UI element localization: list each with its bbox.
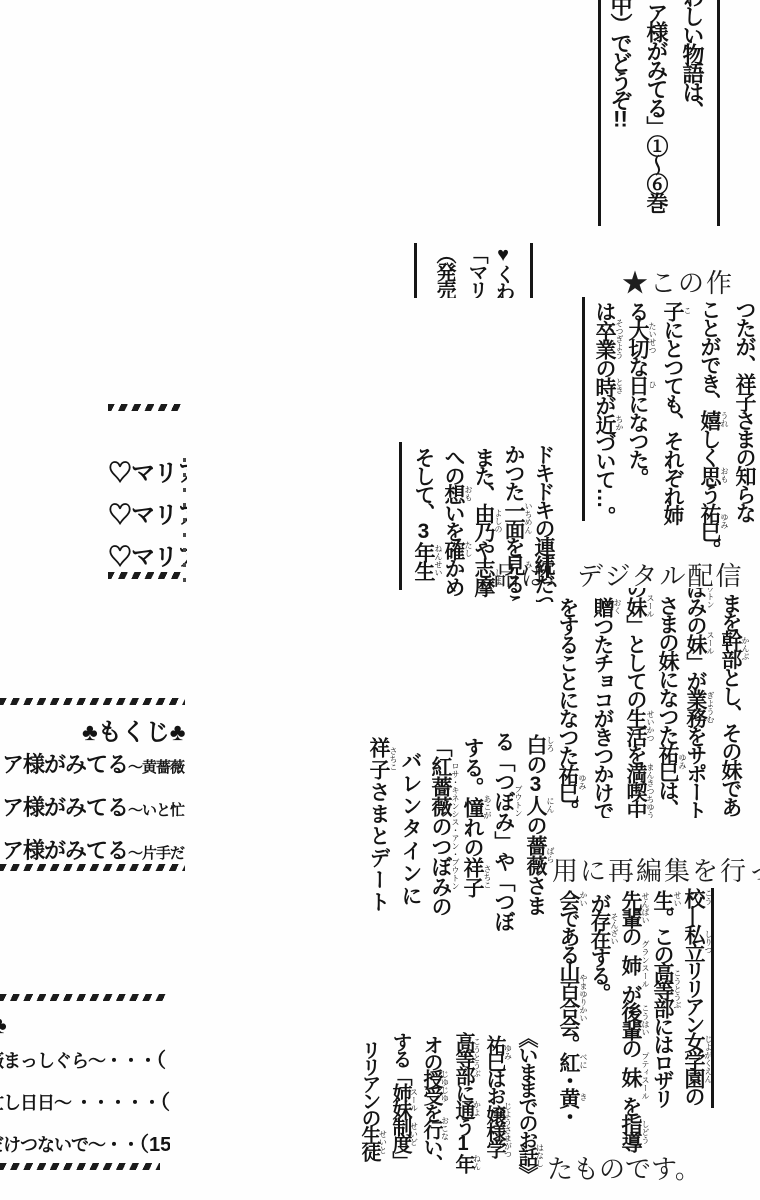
toc-entry: ア様がみてる〜片手だ [2, 834, 184, 865]
zigzag-border [108, 404, 184, 411]
toc-entry-tail: 薇まっしぐら〜・・・ [0, 1051, 156, 1071]
synopsis-column: 白しろの3人にんの薔薇ばらさま [525, 734, 555, 915]
toc-entry-tail: 忙し日日〜 ・・・・・ [0, 1093, 160, 1113]
ad-box-fragment: ♥くわ 「マリ （発売 [408, 240, 548, 298]
synopsis-block: ドキドキの連続だつ かつた一面いちめんを見みるこ また、由乃よしのや志摩しま へ… [385, 440, 560, 602]
synopsis-column: ドキドキの連続だつ [533, 444, 554, 602]
toc-entry-subtitle: 〜黄薔薇 [128, 759, 184, 776]
synopsis-column: る「つぼみブウトン」や「つぼ [493, 731, 523, 931]
zigzag-border [108, 572, 184, 579]
synopsis-column: が存在そんざいする。 [589, 893, 619, 1001]
toc-heading: ♣もくじ♣ [82, 712, 186, 747]
synopsis-column: 子こにとつても、それぞれ姉 [662, 301, 692, 523]
zigzag-border [0, 698, 185, 705]
clover-icon: ♣ [0, 1012, 7, 1040]
column-rule [582, 297, 585, 521]
synopsis-column: 校こう―私立しりつリリアン女学園じよがくえんの [683, 888, 713, 1104]
synopsis-column: また、由乃よしのや志摩しま [473, 447, 503, 595]
toc-page-number: （ 3 ） [156, 1050, 170, 1072]
column-rule [399, 442, 402, 590]
synopsis-column: 先輩せんぱいの姉グランスールが後輩こうはいの妹プティスールを指導しどう [620, 890, 650, 1150]
synopsis-column: そして、3年生ねんせい [413, 447, 443, 579]
synopsis-block: 白しろの3人にんの薔薇ばらさま る「つぼみブウトン」や「つぼ する。憧あこがれの… [360, 726, 560, 938]
series-entry: ♡マリア様がみてる [108, 453, 187, 488]
toc-entry-title: ア様がみてる [2, 795, 128, 820]
series-entry: ♡マリア様がみてる [108, 537, 187, 572]
zigzag-border [0, 994, 166, 1001]
synopsis-column: 祥子さちこさまとデート [368, 737, 398, 913]
synopsis-column: つたが、祥子さまの知らな [734, 299, 755, 521]
ad-box-left-border [414, 243, 417, 298]
boundary-artifact [546, 556, 549, 578]
ad-column: 「マリ [466, 244, 486, 298]
synopsis-column: への想おもいを確たしかめ [443, 447, 473, 595]
synopsis-column: 《いままでのお話はなし》 [516, 1028, 544, 1181]
synopsis-column: かつた一面いちめんを見みるこ [503, 444, 533, 602]
synopsis-column: をすることになつた祐巳ゆみ。 [557, 597, 587, 818]
synopsis-column: リリアンの生徒せいと [359, 1040, 387, 1159]
footnote-fragment: ★この作 [622, 263, 734, 300]
toc-page-entry: 忙し日日〜 ・・・・・（105） [0, 1086, 170, 1115]
synopsis-column: する。憧あこがれの祥子さちこ [462, 737, 492, 897]
toc-page-entry: 薇まっしぐら〜・・・（ 3 ） [0, 1044, 170, 1073]
zigzag-border [0, 864, 185, 871]
ad-box-left-border [598, 0, 601, 226]
ad-box-right-border [717, 0, 720, 226]
ad-column: （発売 [434, 244, 454, 298]
toc-box-left: ♣ 薇まっしぐら〜・・・（ 3 ） 忙し日日〜 ・・・・・（105） だけつない… [0, 990, 170, 1176]
series-entry: ♡マリア様がみてる [108, 495, 187, 530]
footnote-fragment: 用に再編集を行った [552, 851, 760, 888]
synopsis-column: 贈おくつたチョコがきつかけで [592, 597, 622, 818]
ad-box-right-border [530, 243, 533, 298]
synopsis-column: ぼみウトンの妹スール」が業務ぎようむをサポート [685, 588, 715, 818]
toc-entry: ア様がみてる〜いと忙 [2, 791, 184, 822]
synopsis-column: は卒業そつぎようの時ときが近ちかづいて…。 [594, 301, 624, 525]
series-list-box: ♡マリア様がみてる ♡マリア様がみてる ♡マリア様がみてる [106, 398, 187, 583]
ad-column: ア様がみてる」①〜⑥巻 [645, 2, 667, 211]
ad-column: ♥くわ [493, 244, 513, 298]
manga-page: わしい物語は、 ア様がみてる」①〜⑥巻 中）でどうぞ!! ♥くわ 「マリ （発売… [0, 0, 760, 1200]
synopsis-column: ことができ、嬉うれしく思おもう祐巳ゆみ。 [699, 299, 729, 558]
ad-column: わしい物語は、 [681, 0, 703, 119]
toc-entry-subtitle: 〜片手だ [128, 845, 184, 862]
synopsis-column: る大切たいせつな日ひになつた。 [627, 301, 657, 486]
toc-entry-tail: だけつないで〜・・ [0, 1135, 139, 1155]
synopsis-column: バレンタインに [400, 750, 421, 908]
boundary-artifact [183, 458, 186, 586]
toc-entry-title: ア様がみてる [2, 752, 128, 777]
synopsis-block: まを幹部かんぶとし、その妹であ ぼみウトンの妹スール」が業務ぎようむをサポート … [540, 588, 760, 818]
toc-entry-subtitle: 〜いと忙 [128, 802, 184, 819]
synopsis-column: 「紅薔薇のつぼみロサ・キネンシス・アン・ブウトンの [430, 736, 460, 916]
toc-entry: ア様がみてる〜黄薔薇 [2, 748, 184, 779]
toc-page-number: （157） [139, 1134, 170, 1156]
zigzag-border [0, 1163, 160, 1170]
synopsis-column: の妹スール」としての生活せいかつを満喫中まんきつちゆう。 [625, 588, 655, 818]
footnote-fragment: たものです。 [547, 1149, 701, 1186]
synopsis-column: さまの妹になつた祐巳ゆみは、 [657, 595, 687, 817]
ad-column: 中）でどうぞ!! [609, 0, 631, 130]
synopsis-column: 会かいである山百合会やまゆりかい。紅べに・黄き・ [558, 890, 588, 1124]
synopsis-column: まを幹部かんぶとし、その妹であ [720, 593, 750, 815]
synopsis-column: 生せい。この高等部こうとうぶにはロザリ [652, 890, 682, 1106]
synopsis-column: オの授受じゆじゆを行おこない、 [421, 1035, 449, 1171]
toc-box-right: ♣もくじ♣ ア様がみてる〜黄薔薇 ア様がみてる〜いと忙 ア様がみてる〜片手だ [0, 694, 187, 879]
toc-entry-title: ア様がみてる [2, 838, 128, 863]
synopsis-column: する「姉妹スール制度せいど」 [390, 1032, 418, 1168]
toc-page-number: （105） [160, 1092, 170, 1114]
toc-page-entry: だけつないで〜・・（157） [0, 1128, 170, 1157]
synopsis-column: 祐巳ゆみはお嬢様学じようさまがつ [484, 1035, 512, 1158]
synopsis-column: 高等部こうとうぶに通かよう1年ねん [453, 1032, 481, 1171]
